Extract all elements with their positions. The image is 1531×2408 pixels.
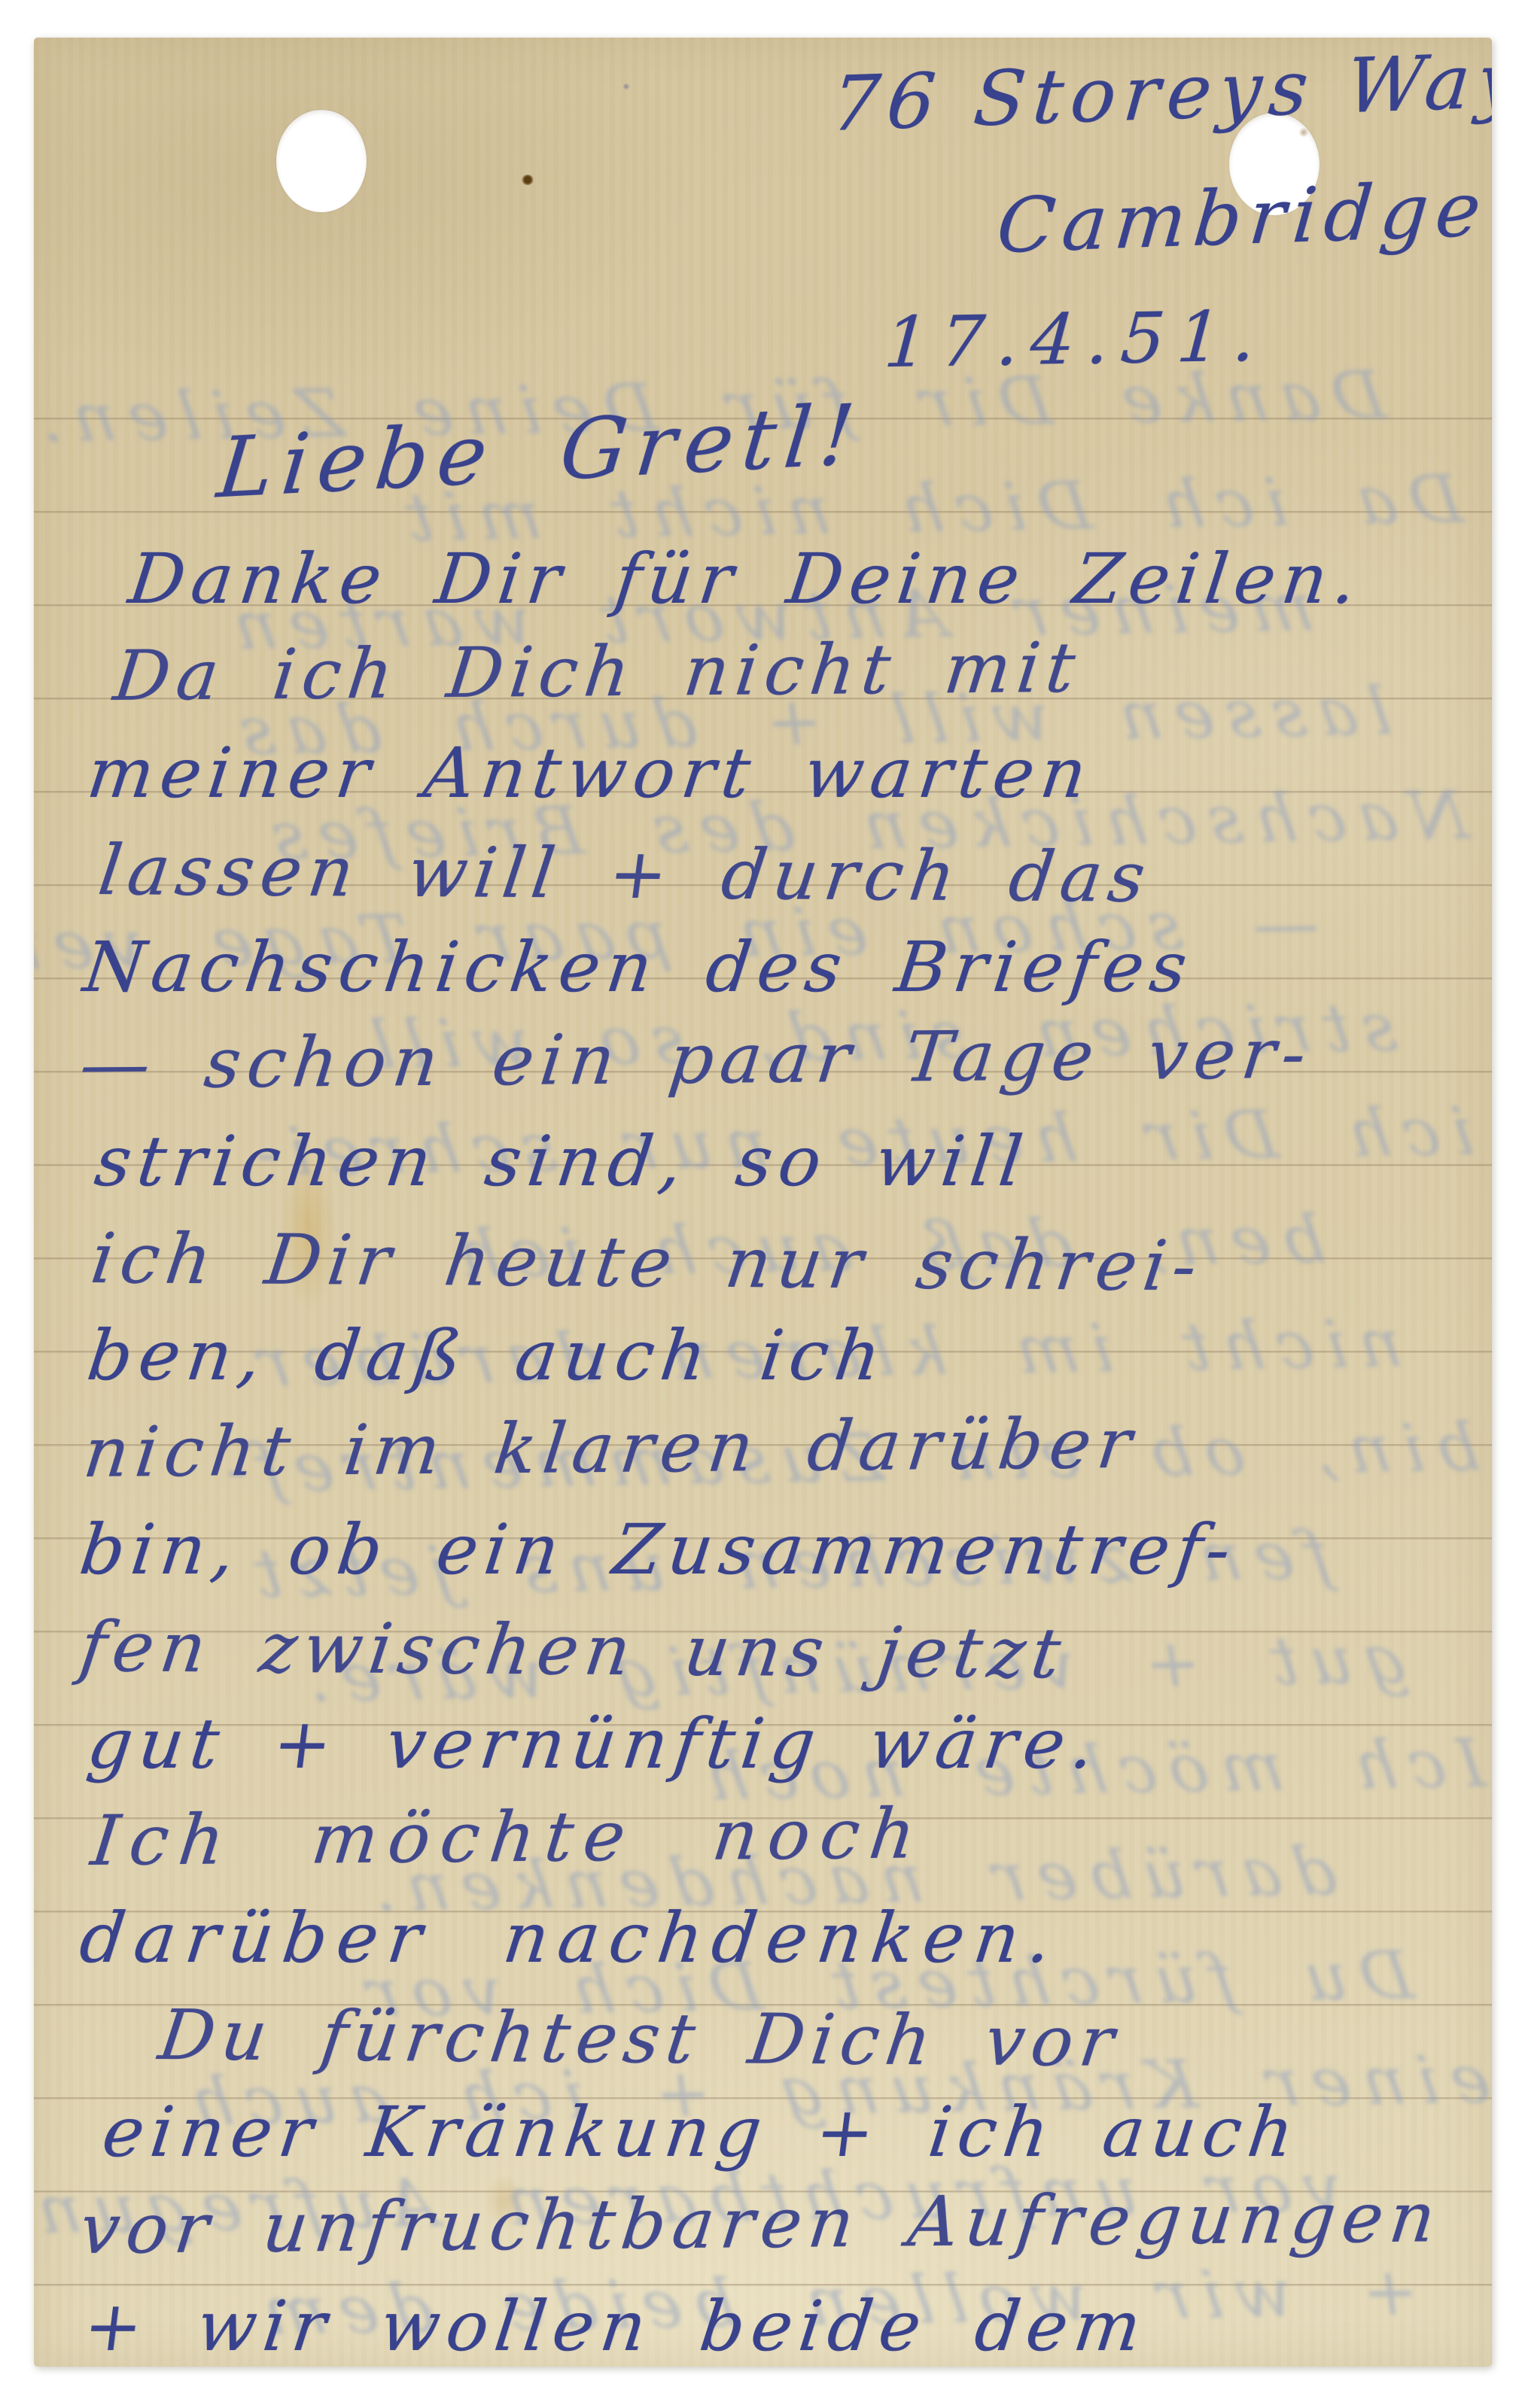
scanned-letter-page: Danke Dir für Deine Zeilen.Da ich Dich n… xyxy=(0,0,1531,2408)
handwritten-line: Nachschicken des Briefes xyxy=(78,919,1487,1016)
handwritten-line: Da ich Dich nicht mit xyxy=(109,616,1488,725)
handwritten-line: nicht im klaren darüber xyxy=(79,1392,1488,1501)
ink-speck xyxy=(522,175,534,185)
address-line-2: Cambridge xyxy=(994,165,1492,270)
handwritten-line: gut + vernünftig wäre. xyxy=(82,1695,1487,1792)
salutation: Liebe Gretl! xyxy=(213,386,867,517)
handwritten-line: Ich möchte noch xyxy=(87,1780,1488,1890)
date-line: 17.4.51. xyxy=(881,296,1270,383)
punch-hole-left xyxy=(276,110,367,212)
ink-speck xyxy=(622,83,630,90)
letter-body: Danke Dir für Deine Zeilen.Da ich Dich n… xyxy=(81,531,1481,2367)
handwritten-line: — schon ein paar Tage ver- xyxy=(75,1004,1488,1113)
handwritten-line: lassen will + durch das xyxy=(93,822,1486,929)
handwritten-line: fen zwischen uns jetzt xyxy=(75,1598,1486,1705)
handwritten-line: meiner Antwort warten xyxy=(82,725,1487,822)
handwritten-line: + wir wollen beide dem xyxy=(78,2278,1487,2367)
handwritten-line: Danke Dir für Deine Zeilen. xyxy=(123,531,1487,628)
handwritten-line: darüber nachdenken. xyxy=(75,1890,1487,1987)
handwritten-line: Du fürchtest Dich vor xyxy=(154,1987,1486,2093)
handwritten-line: einer Kränkung + ich auch xyxy=(97,2084,1487,2181)
handwritten-line: strichen sind, so will xyxy=(90,1113,1487,1210)
address-line-1: 76 Storeys Way xyxy=(828,38,1492,148)
letter-paper: Danke Dir für Deine Zeilen.Da ich Dich n… xyxy=(34,38,1492,2367)
handwritten-line: ben, daß auch ich xyxy=(82,1307,1487,1404)
handwritten-line: ich Dir heute nur schrei- xyxy=(86,1210,1486,1317)
handwritten-line: bin, ob ein Zusammentref- xyxy=(75,1501,1487,1598)
handwritten-line: vor unfruchtbaren Aufregungen xyxy=(75,2169,1488,2278)
